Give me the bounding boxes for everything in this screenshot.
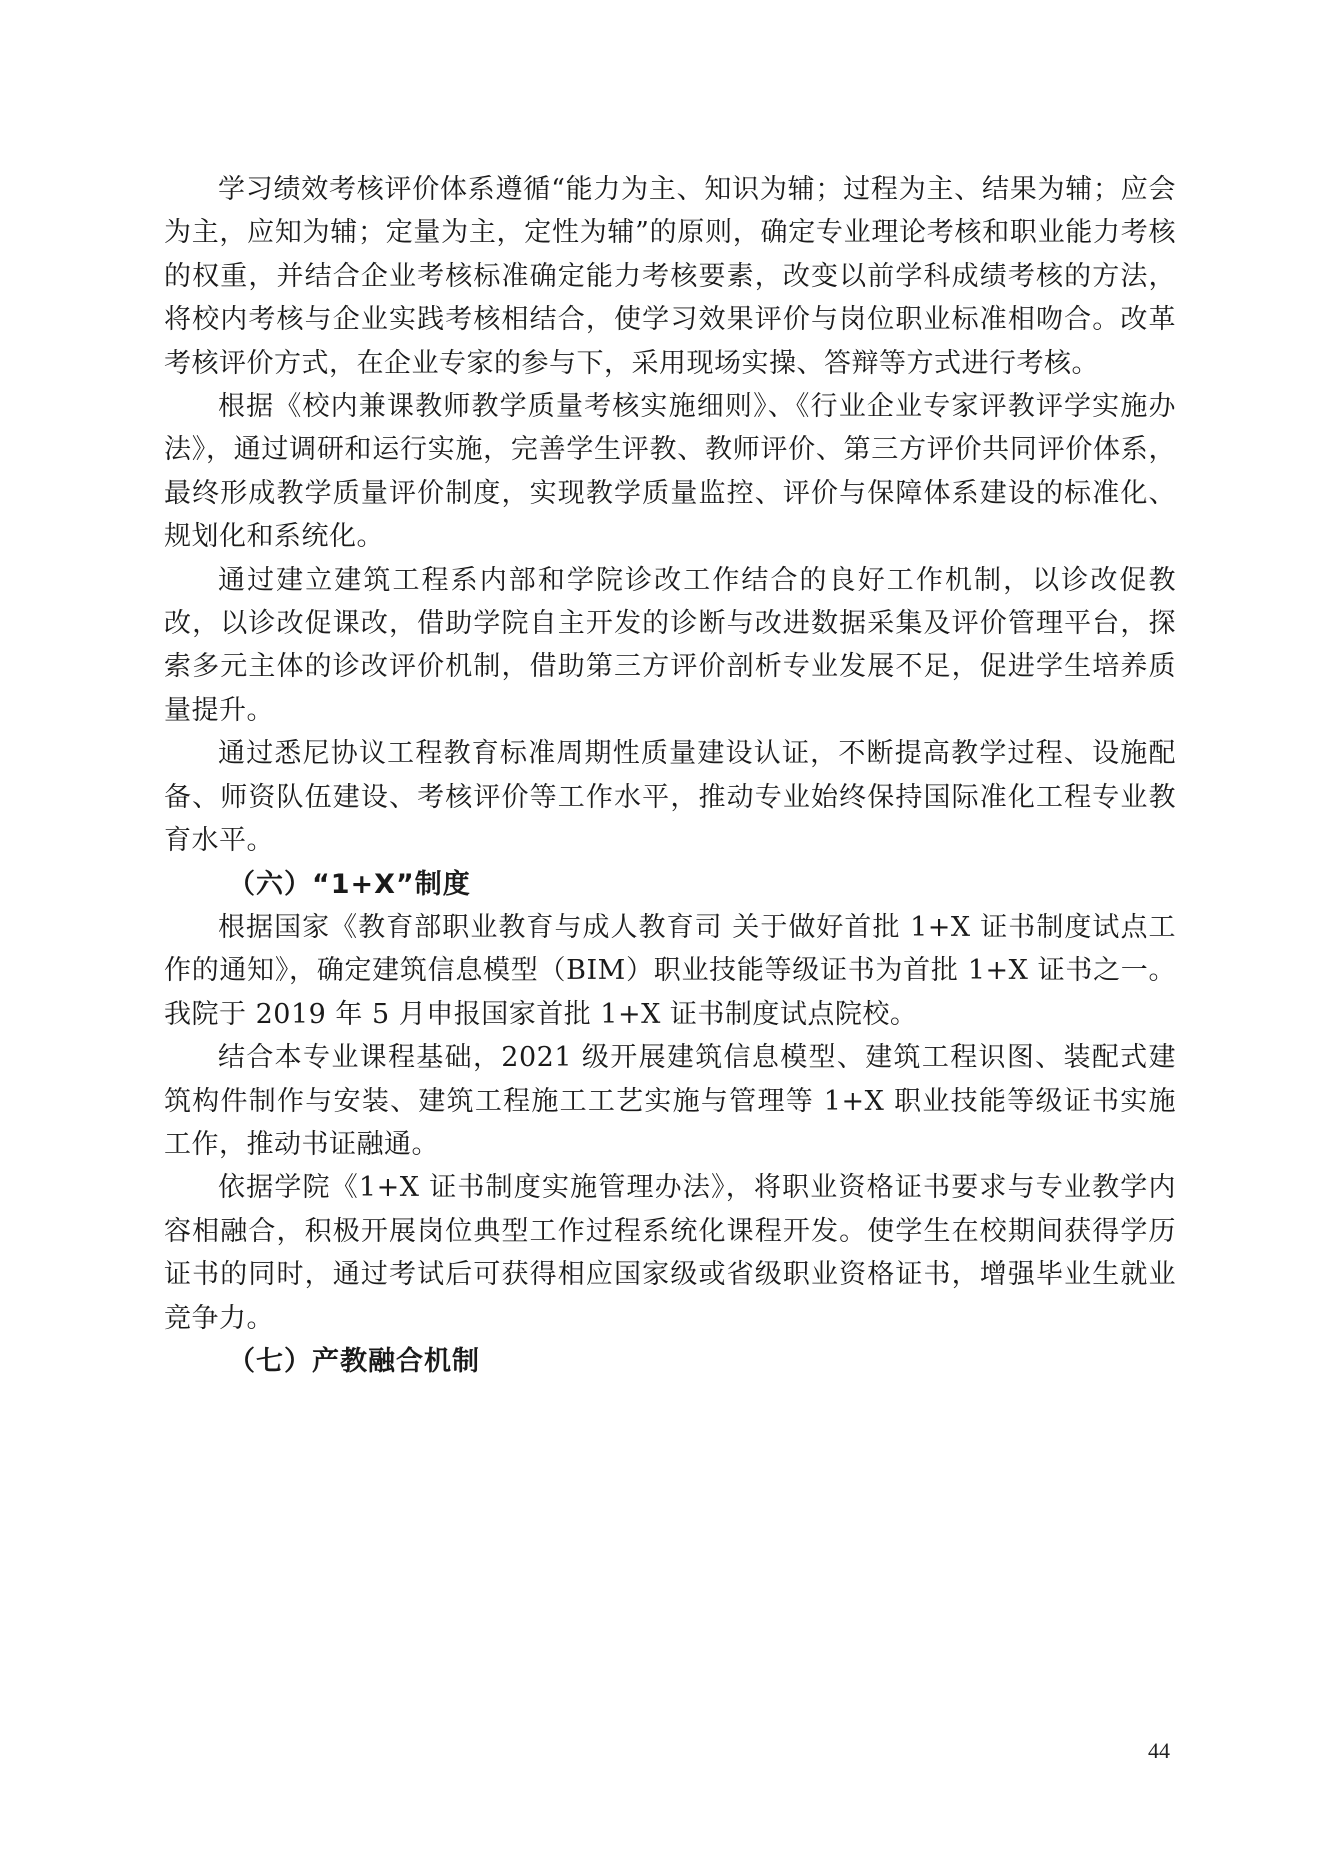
paragraph-assessment-system: 学习绩效考核评价体系遵循“能力为主、知识为辅；过程为主、结果为辅；应会为主，应知… (164, 168, 1176, 385)
paragraph-teaching-quality-evaluation: 根据《校内兼课教师教学质量考核实施细则》、《行业企业专家评教评学实施办法》，通过… (164, 385, 1176, 559)
page-body: 学习绩效考核评价体系遵循“能力为主、知识为辅；过程为主、结果为辅；应会为主，应知… (164, 168, 1176, 1383)
section-heading-industry-education: （七）产教融合机制 (164, 1340, 1176, 1383)
paragraph-1x-implementation: 结合本专业课程基础，2021 级开展建筑信息模型、建筑工程识图、装配式建筑构件制… (164, 1036, 1176, 1166)
section-heading-1x-system: （六）“1+X”制度 (164, 863, 1176, 906)
paragraph-diagnosis-improvement: 通过建立建筑工程系内部和学院诊改工作结合的良好工作机制，以诊改促教改，以诊改促课… (164, 559, 1176, 733)
paragraph-1x-management: 依据学院《1+X 证书制度实施管理办法》，将职业资格证书要求与专业教学内容相融合… (164, 1166, 1176, 1340)
paragraph-sydney-accord: 通过悉尼协议工程教育标准周期性质量建设认证，不断提高教学过程、设施配备、师资队伍… (164, 732, 1176, 862)
paragraph-1x-pilot: 根据国家《教育部职业教育与成人教育司 关于做好首批 1+X 证书制度试点工作的通… (164, 906, 1176, 1036)
page-number: 44 (1148, 1738, 1170, 1764)
document-page: 学习绩效考核评价体系遵循“能力为主、知识为辅；过程为主、结果为辅；应会为主，应知… (0, 0, 1323, 1871)
